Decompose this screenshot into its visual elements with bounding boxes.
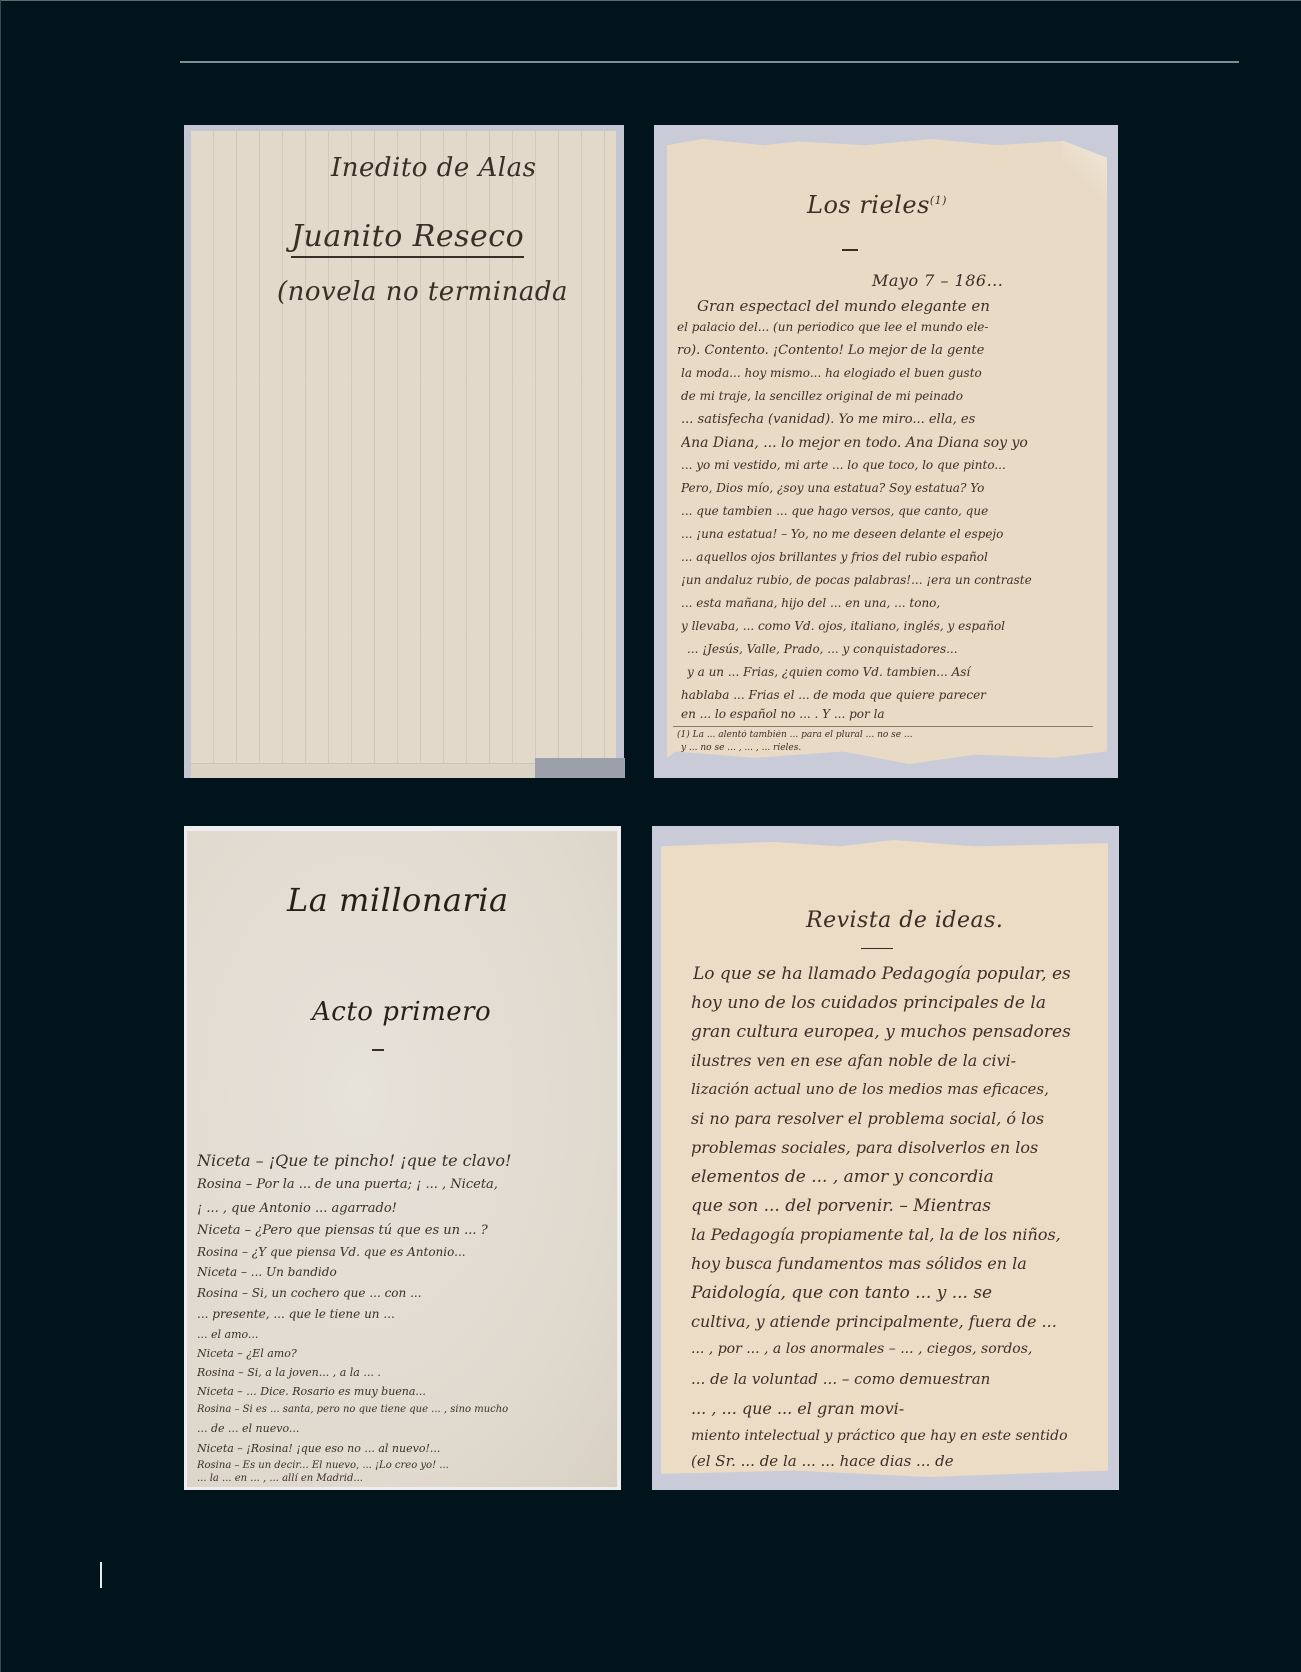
dialogue-line: ... de ... el nuevo... xyxy=(197,1422,607,1435)
title-dash xyxy=(842,249,858,251)
text-line: ... ¡Jesús, Valle, Prado, ... y conquist… xyxy=(687,642,1097,656)
text-line: de mi traje, la sencillez original de mi… xyxy=(681,389,1097,403)
text-line: hoy busca fundamentos mas sólidos en la xyxy=(691,1254,1101,1273)
footnote-rule xyxy=(673,726,1093,727)
dialogue-line: Rosina – Es un decir... El nuevo, ... ¡L… xyxy=(197,1460,607,1471)
text-line: Ana Diana, ... lo mejor en todo. Ana Dia… xyxy=(681,435,1097,451)
manuscript-page-los-rieles: Los rieles(1) Mayo 7 – 186... Gran espec… xyxy=(667,139,1107,764)
manuscript-page-la-millonaria: La millonaria Acto primero Niceta – ¡Que… xyxy=(187,831,617,1487)
text-line: ro). Contento. ¡Contento! Lo mejor de la… xyxy=(677,343,1097,358)
text-line: problemas sociales, para disolverlos en … xyxy=(691,1138,1101,1157)
text-line: Paidología, que con tanto ... y ... se xyxy=(691,1283,1101,1303)
dialogue-line: Niceta – ¿El amo? xyxy=(197,1347,607,1360)
text-line: ... satisfecha (vanidad). Yo me miro... … xyxy=(681,412,1097,427)
manuscript-page-revista-de-ideas: Revista de ideas. Lo que se ha llamado P… xyxy=(661,840,1108,1477)
text-line: cultiva, y atiende principalmente, fuera… xyxy=(691,1312,1101,1331)
text-line: y a un ... Frias, ¿quien como Vd. tambie… xyxy=(687,665,1097,679)
dialogue-line: Rosina – ¿Y que piensa Vd. que es Antoni… xyxy=(197,1245,607,1259)
manuscript-subtitle: Acto primero xyxy=(312,997,491,1027)
manuscript-title: Juanito Reseco xyxy=(291,219,524,258)
footnote-marker: (1) xyxy=(930,194,947,207)
text-line: el palacio del... (un periodico que lee … xyxy=(677,320,1097,334)
text-line: ... que tambien ... que hago versos, que… xyxy=(681,504,1097,518)
text-line: que son ... del porvenir. – Mientras xyxy=(691,1196,1101,1216)
text-line: Pero, Dios mío, ¿soy una estatua? Soy es… xyxy=(681,481,1097,495)
manuscript-title: Los rieles(1) xyxy=(807,191,947,219)
text-line: ilustres ven en ese afan noble de la civ… xyxy=(691,1051,1101,1070)
text-line: lización actual uno de los medios mas ef… xyxy=(691,1080,1101,1098)
page-left-edge xyxy=(0,0,1,1672)
dialogue-line: Rosina – Por la ... de una puerta; ¡ ...… xyxy=(197,1177,607,1192)
text-line: hablaba ... Frias el ... de moda que qui… xyxy=(681,688,1097,702)
manuscript-header: Inedito de Alas xyxy=(331,153,536,183)
text-line: ... esta mañana, hijo del ... en una, ..… xyxy=(681,596,1097,610)
footnote-line: y ... no se ... , ... , ... rieles. xyxy=(681,743,981,753)
text-line: gran cultura europea, y muchos pensadore… xyxy=(691,1022,1101,1042)
text-line: ... , ... que ... el gran movi- xyxy=(691,1399,1101,1418)
text-line: ... aquellos ojos brillantes y frios del… xyxy=(681,550,1097,564)
plate-shadow xyxy=(535,758,625,778)
dialogue-line: Niceta – ¡Rosina! ¡que eso no ... al nue… xyxy=(197,1442,607,1455)
footnote-line: (1) La ... alentó también ... para el pl… xyxy=(677,730,1097,740)
title-rule xyxy=(861,948,893,949)
dialogue-line: Niceta – ¿Pero que piensas tú que es un … xyxy=(197,1223,607,1238)
dialogue-line: ¡ ... , que Antonio ... agarrado! xyxy=(197,1201,607,1216)
text-line: la Pedagogía propiamente tal, la de los … xyxy=(691,1225,1101,1244)
text-line: ¡un andaluz rubio, de pocas palabras!...… xyxy=(681,573,1097,587)
dialogue-line: Niceta – ... Dice. Rosario es muy buena.… xyxy=(197,1385,607,1398)
dialogue-line: ... presente, ... que le tiene un ... xyxy=(197,1307,607,1321)
title-text: Los rieles xyxy=(807,191,930,219)
text-line: hoy uno de los cuidados principales de l… xyxy=(691,993,1101,1013)
dialogue-line: Niceta – ¡Que te pincho! ¡que te clavo! xyxy=(197,1151,607,1170)
subtitle-dash xyxy=(372,1049,384,1051)
text-line: (el Sr. ... de la ... ... hace dias ... … xyxy=(691,1452,1101,1470)
text-line: si no para resolver el problema social, … xyxy=(691,1109,1101,1128)
dialogue-line: ... la ... en ... , ... allí en Madrid..… xyxy=(197,1473,607,1484)
text-line: la moda... hoy mismo... ha elogiado el b… xyxy=(681,366,1097,380)
text-line: Lo que se ha llamado Pedagogía popular, … xyxy=(693,964,1103,984)
text-line: y llevaba, ... como Vd. ojos, italiano, … xyxy=(681,619,1097,633)
text-line: ... ¡una estatua! – Yo, no me deseen del… xyxy=(681,527,1097,541)
text-line: miento intelectual y práctico que hay en… xyxy=(691,1428,1101,1444)
page-top-edge xyxy=(0,0,1301,1)
dialogue-line: ... el amo... xyxy=(197,1328,607,1341)
text-line: en ... lo español no ... . Y ... por la xyxy=(681,707,1097,721)
text-line: ... yo mi vestido, mi arte ... lo que to… xyxy=(681,458,1097,472)
manuscript-title: Revista de ideas. xyxy=(806,908,1003,933)
page-marker xyxy=(100,1562,102,1588)
text-line: Gran espectacl del mundo elegante en xyxy=(697,297,1097,315)
header-rule xyxy=(180,61,1239,63)
dialogue-line: Rosina – Si, a la joven... , a la ... . xyxy=(197,1366,607,1379)
dialogue-line: Rosina – Si es ... santa, pero no que ti… xyxy=(197,1404,607,1415)
text-line: elementos de ... , amor y concordia xyxy=(691,1167,1101,1187)
manuscript-title: La millonaria xyxy=(287,881,509,919)
manuscript-subtitle: (novela no terminada xyxy=(277,277,568,307)
manuscript-page-juanito-reseco: Inedito de Alas Juanito Reseco (novela n… xyxy=(191,131,616,778)
manuscript-date: Mayo 7 – 186... xyxy=(872,271,1003,290)
dialogue-line: Rosina – Si, un cochero que ... con ... xyxy=(197,1286,607,1300)
text-line: ... , por ... , a los anormales – ... , … xyxy=(691,1341,1101,1357)
text-line: ... de la voluntad ... – como demuestran xyxy=(691,1370,1101,1388)
dialogue-line: Niceta – ... Un bandido xyxy=(197,1265,607,1279)
